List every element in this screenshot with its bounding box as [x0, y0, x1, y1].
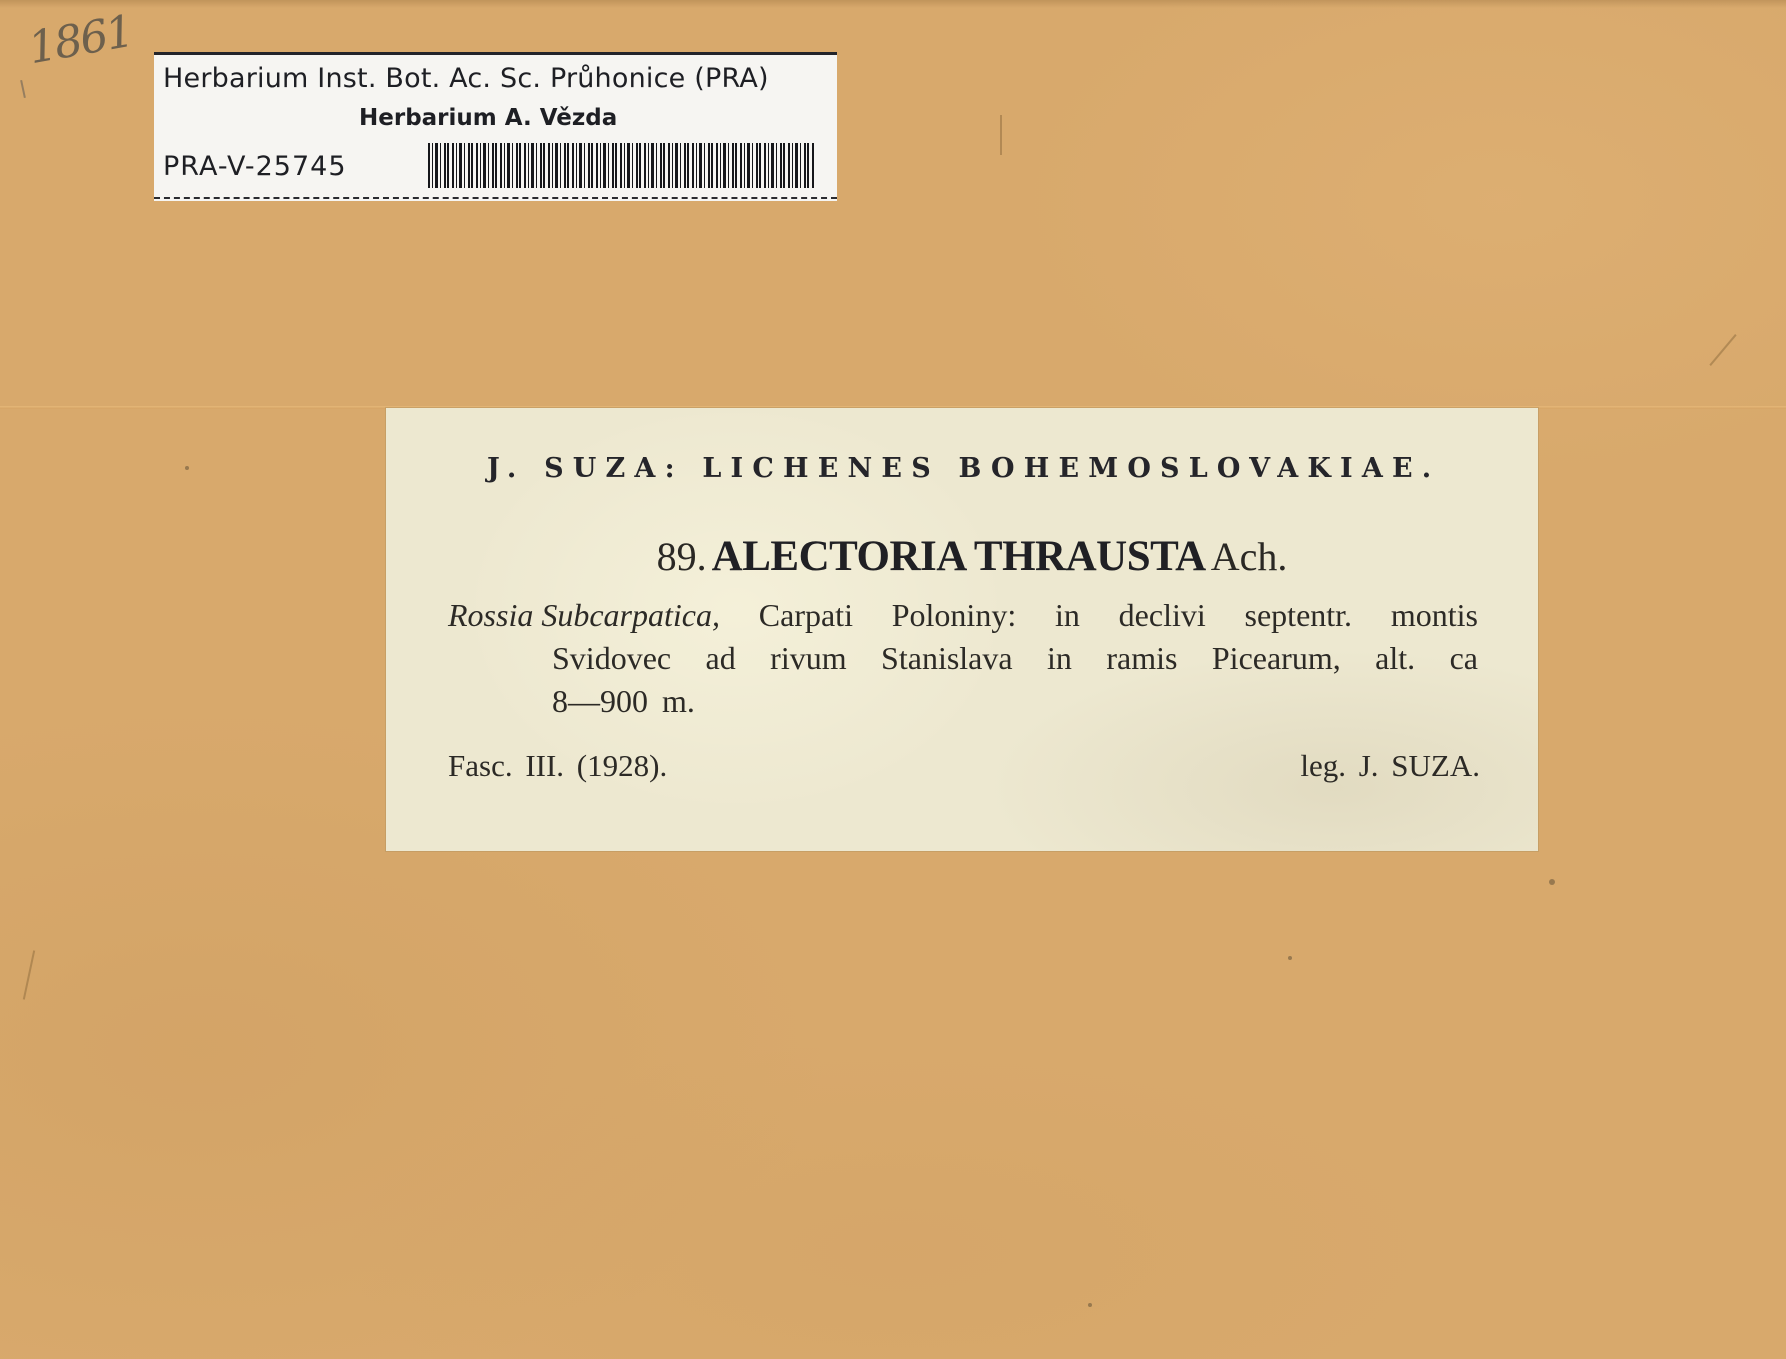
paper-speck: [185, 466, 189, 470]
paper-speck: [1288, 956, 1292, 960]
paper-scratch: [23, 950, 35, 999]
locality-word: rivum: [770, 637, 846, 680]
locality-word: ca: [1450, 637, 1478, 680]
taxon-author: Ach.: [1211, 534, 1288, 579]
locality-word: Svidovec: [552, 637, 671, 680]
locality-word: in: [1055, 594, 1080, 637]
catalog-number: PRA-V-25745: [163, 151, 347, 182]
fascicle-info: Fasc. III. (1928).: [448, 748, 667, 784]
locality-word: Stanislava: [881, 637, 1013, 680]
herbarium-envelope: 1861 Herbarium Inst. Bot. Ac. Sc. Průhon…: [0, 0, 1786, 1359]
locality-word: Carpati: [759, 594, 853, 637]
locality-description: Rossia Subcarpatica, Carpati Poloniny: i…: [448, 594, 1478, 723]
collector-info: leg. J. SUZA.: [1300, 748, 1480, 784]
exsiccate-label: J. SUZA: LICHENES BOHEMOSLOVAKIAE. 89. A…: [386, 408, 1538, 851]
top-edge-shade: [0, 0, 1786, 8]
paper-blemish: [1549, 879, 1555, 885]
exsiccate-number: 89.: [657, 534, 707, 579]
institution-barcode-label: Herbarium Inst. Bot. Ac. Sc. Průhonice (…: [154, 52, 837, 201]
locality-word: in: [1047, 637, 1072, 680]
herbarium-collection-name: Herbarium A. Vězda: [359, 105, 617, 131]
pencil-mark: [20, 80, 26, 98]
locality-word: ramis: [1106, 637, 1177, 680]
locality-word: montis: [1391, 594, 1478, 637]
locality-word: alt.: [1375, 637, 1415, 680]
institution-name: Herbarium Inst. Bot. Ac. Sc. Průhonice (…: [163, 63, 769, 94]
locality-word: septentr.: [1245, 594, 1353, 637]
locality-line-1: Rossia Subcarpatica, Carpati Poloniny: i…: [448, 594, 1478, 637]
locality-word: ad: [706, 637, 736, 680]
barcode-icon: [428, 143, 816, 188]
series-header: J. SUZA: LICHENES BOHEMOSLOVAKIAE.: [487, 453, 1447, 484]
cut-line: [154, 197, 837, 199]
specimen-title: 89. ALECTORIA THRAUSTA Ach.: [386, 532, 1538, 581]
paper-speck: [1088, 1303, 1092, 1307]
locality-altitude: 8—900 m.: [448, 680, 1478, 723]
taxon-name: ALECTORIA THRAUSTA: [712, 533, 1206, 580]
locality-region: Rossia Subcarpatica,: [448, 594, 720, 637]
locality-line-2: Svidovec ad rivum Stanislava in ramis Pi…: [448, 637, 1478, 680]
handwritten-number: 1861: [24, 3, 133, 79]
locality-word: Poloniny:: [892, 594, 1016, 637]
paper-scratch: [1709, 334, 1736, 366]
paper-scratch: [1000, 115, 1002, 155]
locality-word: Picearum,: [1212, 637, 1341, 680]
locality-word: declivi: [1119, 594, 1206, 637]
